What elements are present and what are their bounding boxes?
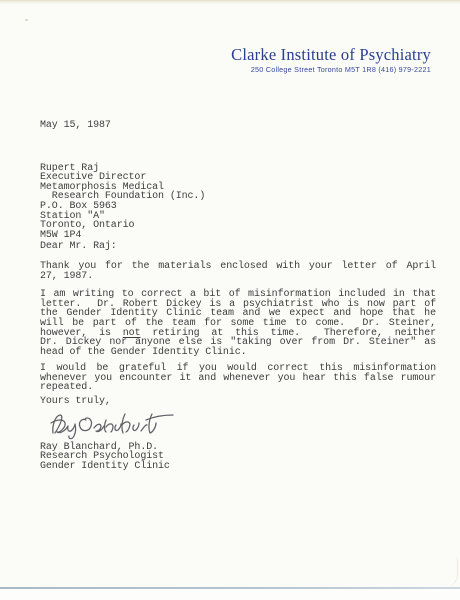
letterhead: Clarke Institute of Psychiatry 250 Colle… <box>231 46 431 74</box>
body-line: 27, 1987. <box>40 272 436 282</box>
recipient-address-line: M5W 1P4 <box>40 231 436 241</box>
body-line: Thank you for the materials enclosed wit… <box>40 262 436 272</box>
letter-paragraphs: Thank you for the materials enclosed wit… <box>40 262 436 393</box>
paragraph: Thank you for the materials enclosed wit… <box>40 262 436 281</box>
scan-margin-below-page <box>0 589 460 600</box>
signer-department: Gender Identity Clinic <box>40 462 436 472</box>
scan-edge-top <box>0 0 460 4</box>
recipient-address-line: Toronto, Ontario <box>40 221 436 231</box>
closing: Yours truly, <box>40 397 436 407</box>
paragraph: I would be grateful if you would correct… <box>40 364 436 393</box>
salutation: Dear Mr. Raj: <box>40 242 436 252</box>
page-corner-curl <box>435 558 458 588</box>
body-line: whenever you encounter it and whenever y… <box>40 374 436 384</box>
paragraph: I am writing to correct a bit of misinfo… <box>40 290 436 357</box>
letter-date: May 15, 1987 <box>40 121 436 131</box>
scan-speck <box>25 19 28 21</box>
letter-page: Clarke Institute of Psychiatry 250 Colle… <box>0 0 460 600</box>
institution-address: 250 College Street Toronto M5T 1R8 (416)… <box>231 65 431 74</box>
body-line: head of the Gender Identity Clinic. <box>40 348 436 358</box>
recipient-address-block: Rupert RajExecutive DirectorMetamorphosi… <box>40 164 436 241</box>
body-line: repeated. <box>40 383 436 393</box>
signer-block: Ray Blanchard, Ph.D.Research Psychologis… <box>40 443 436 472</box>
signature-image <box>46 407 436 443</box>
institution-name: Clarke Institute of Psychiatry <box>231 46 431 63</box>
letter-body: May 15, 1987 Rupert RajExecutive Directo… <box>40 121 436 471</box>
